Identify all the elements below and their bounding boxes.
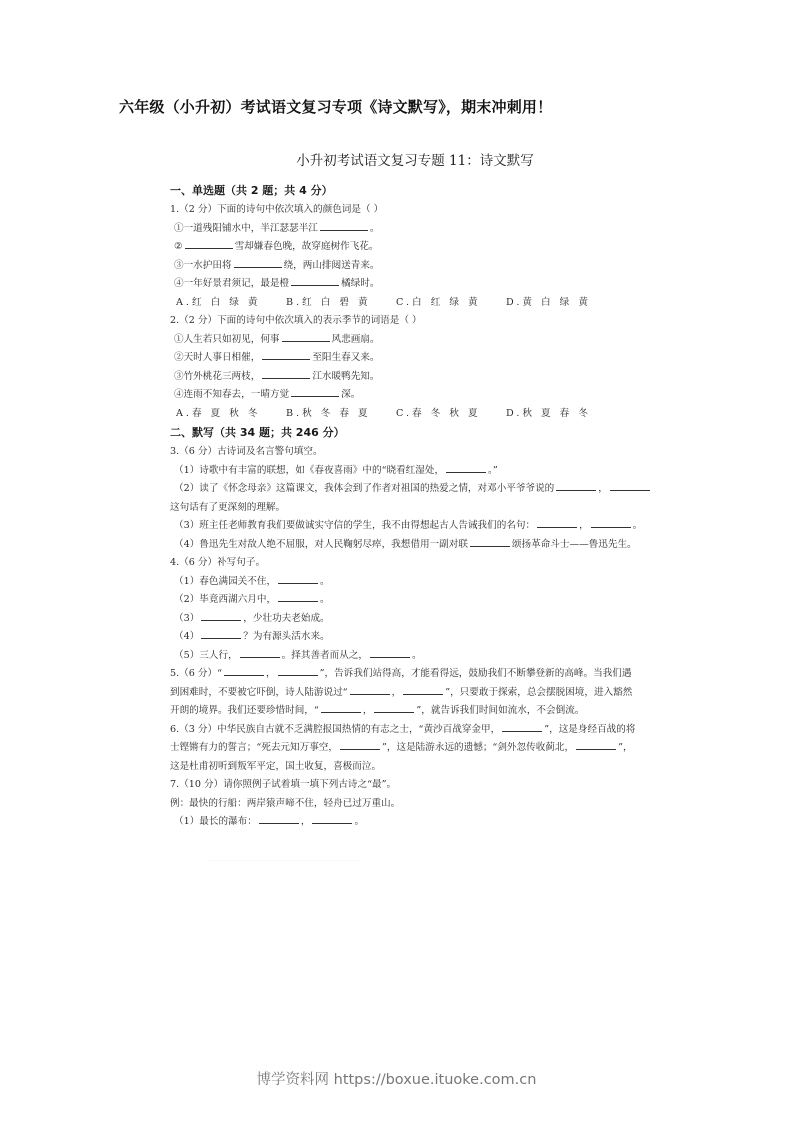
question-2-choices: A.春 夏 秋 冬 B.秋 冬 春 夏 C.春 冬 秋 夏 D.秋 夏 春 冬: [170, 405, 640, 424]
question-1-choices: A.红 白 绿 黄 B.红 白 碧 黄 C.白 红 绿 黄 D.黄 白 绿 黄: [170, 294, 640, 313]
line-text: （1）诗歌中有丰富的联想，如《春夜喜雨》中的“晓看红湿处，: [174, 465, 444, 476]
line-text: 。: [370, 223, 380, 234]
question-7-part-1: （1）最长的瀑布：，。: [170, 813, 640, 832]
choice-c[interactable]: C.白 红 绿 黄: [396, 294, 506, 313]
answer-blank[interactable]: [537, 517, 577, 528]
scanned-document: 小升初考试语文复习专题 11：诗文默写 一、单选题（共 2 题；共 4 分） 1…: [170, 150, 640, 861]
question-2-line-3: ③竹外桃花三两枝，江水暖鸭先知。: [170, 368, 640, 387]
question-3-part-4: （4）鲁迅先生对敌人绝不屈服，对人民鞠躬尽瘁，我想借用一副对联颂扬革命斗士——鲁…: [170, 536, 640, 555]
line-text: ③一水护田将: [174, 260, 232, 271]
question-4-part-3: （3），少壮功夫老始成。: [170, 610, 640, 629]
choice-a[interactable]: A.春 夏 秋 冬: [176, 405, 286, 424]
line-text: 。”: [488, 465, 498, 476]
answer-blank[interactable]: [321, 702, 361, 713]
answer-blank[interactable]: [610, 480, 650, 491]
line-text: ，少壮功夫老始成。: [243, 613, 329, 624]
page-heading: 六年级（小升初）考试语文复习专项《诗文默写》，期末冲刺用！: [119, 96, 552, 117]
line-text: ，: [579, 520, 589, 531]
answer-blank[interactable]: [201, 610, 241, 621]
line-text: 深。: [341, 389, 360, 400]
question-4-stem: 4.（6 分）补写句子。: [170, 554, 640, 573]
question-3-stem: 3.（6 分）古诗词及名言警句填空。: [170, 443, 640, 462]
question-1-line-2: ②雪却嫌春色晚，故穿庭树作飞花。: [170, 238, 640, 257]
section-heading-single-choice: 一、单选题（共 2 题；共 4 分）: [170, 181, 640, 201]
line-text: ，: [266, 668, 276, 679]
line-text: （5）三人行，: [174, 650, 238, 661]
watermark-footer: 博学资料网 https://boxue.ituoke.com.cn: [0, 1068, 793, 1089]
answer-blank[interactable]: [576, 739, 616, 750]
line-text: ②: [174, 241, 183, 252]
answer-blank[interactable]: [201, 628, 241, 639]
faded-scan-artifact: [210, 842, 360, 861]
question-6: 6.（3 分）中华民族自古就不乏满腔报国热情的有志之士，“黄沙百战穿金甲，”，这…: [170, 721, 640, 777]
line-text: ”，就告诉我们时间如流水，不会倒流。: [416, 705, 584, 716]
line-text: 。: [633, 520, 643, 531]
question-4-part-1: （1）春色满园关不住，。: [170, 573, 640, 592]
question-1-stem: 1.（2 分）下面的诗句中依次填入的颜色词是（ ）: [170, 201, 640, 220]
line-text: ①一道残阳铺水中，半江瑟瑟半江: [174, 223, 318, 234]
question-2-line-4: ④连雨不知春去，一晴方觉深。: [170, 386, 640, 405]
document-title: 小升初考试语文复习专题 11：诗文默写: [170, 150, 640, 172]
answer-blank[interactable]: [312, 813, 352, 824]
answer-blank[interactable]: [259, 813, 299, 824]
line-text: 6.（3 分）中华民族自古就不乏满腔报国热情的有志之士，“黄沙百战穿金甲，: [170, 724, 500, 735]
line-text: （4）鲁迅先生对敌人绝不屈服，对人民鞠躬尽瘁，我想借用一副对联: [174, 539, 468, 550]
answer-blank[interactable]: [278, 591, 318, 602]
answer-blank[interactable]: [278, 665, 318, 676]
line-text: （4）: [174, 631, 199, 642]
question-1-line-4: ④一年好景君须记，最是橙橘绿时。: [170, 275, 640, 294]
line-text: 雪却嫌春色晚，故穿庭树作飞花。: [235, 241, 379, 252]
line-text: ②天时人事日相催，: [174, 352, 260, 363]
answer-blank[interactable]: [446, 462, 486, 473]
question-4-part-2: （2）毕竟西湖六月中，。: [170, 591, 640, 610]
question-2-stem: 2.（2 分）下面的诗句中依次填入的表示季节的词语是（ ）: [170, 312, 640, 331]
line-text: （2）毕竟西湖六月中，: [174, 594, 276, 605]
line-text: （1）春色满园关不住，: [174, 576, 276, 587]
answer-blank[interactable]: [370, 647, 410, 658]
answer-blank[interactable]: [234, 257, 282, 268]
choice-b[interactable]: B.红 白 碧 黄: [286, 294, 396, 313]
line-text: ③竹外桃花三两枝，: [174, 371, 260, 382]
line-text: （2）读了《怀念母亲》这篇课文，我体会到了作者对祖国的热爱之情，对邓小平爷爷说的: [174, 483, 554, 494]
question-3-part-2: （2）读了《怀念母亲》这篇课文，我体会到了作者对祖国的热爱之情，对邓小平爷爷说的…: [170, 480, 640, 499]
answer-blank[interactable]: [340, 739, 380, 750]
question-7-stem: 7.（10 分）请你照例子试着填一填下列古诗之“最”。: [170, 776, 640, 795]
line-text: 颂扬革命斗士——鲁迅先生。: [512, 539, 637, 550]
line-text: ①人生若只如初见，何事: [174, 334, 280, 345]
line-text: （1）最长的瀑布：: [174, 816, 257, 827]
answer-blank[interactable]: [350, 684, 390, 695]
question-4-part-4: （4）？为有源头活水来。: [170, 628, 640, 647]
answer-blank[interactable]: [282, 331, 330, 342]
question-3-part-3: （3）班主任老师教育我们要做诚实守信的学生，我不由得想起古人告诫我们的名句：，。: [170, 517, 640, 536]
line-text: ”，这是陆游永远的遗憾；“剑外忽传收蓟北，: [382, 742, 574, 753]
line-text: ④一年好景君须记，最是橙: [174, 278, 289, 289]
answer-blank[interactable]: [556, 480, 596, 491]
question-4-part-5: （5）三人行，。择其善者而从之，。: [170, 647, 640, 666]
line-text: 风悲画扇。: [332, 334, 380, 345]
answer-blank[interactable]: [278, 573, 318, 584]
question-2-line-2: ②天时人事日相催，至阳生春又来。: [170, 349, 640, 368]
line-text: ，: [598, 483, 608, 494]
answer-blank[interactable]: [502, 721, 542, 732]
answer-blank[interactable]: [262, 349, 310, 360]
line-text: 至阳生春又来。: [312, 352, 379, 363]
line-text: 江水暖鸭先知。: [312, 371, 379, 382]
answer-blank[interactable]: [374, 702, 414, 713]
line-text: （3）班主任老师教育我们要做诚实守信的学生，我不由得想起古人告诫我们的名句：: [174, 520, 535, 531]
line-text: ④连雨不知春去，一晴方觉: [174, 389, 289, 400]
line-text: 。择其善者而从之，: [282, 650, 368, 661]
choice-d[interactable]: D.秋 夏 春 冬: [506, 405, 616, 424]
choice-d[interactable]: D.黄 白 绿 黄: [506, 294, 616, 313]
answer-blank[interactable]: [291, 275, 339, 286]
question-2-line-1: ①人生若只如初见，何事风悲画扇。: [170, 331, 640, 350]
section-heading-dictation: 二、默写（共 34 题；共 246 分）: [170, 423, 640, 443]
line-text: 。: [354, 816, 364, 827]
question-3-part-1: （1）诗歌中有丰富的联想，如《春夜喜雨》中的“晓看红湿处，。”: [170, 462, 640, 481]
answer-blank[interactable]: [403, 684, 443, 695]
question-1-line-3: ③一水护田将绕，两山排闼送青来。: [170, 257, 640, 276]
line-text: ？为有源头活水来。: [243, 631, 329, 642]
question-7-example: 例：最快的行船：两岸猿声啼不住，轻舟已过万重山。: [170, 795, 640, 814]
answer-blank[interactable]: [320, 220, 368, 231]
answer-blank[interactable]: [224, 665, 264, 676]
line-text: 绕，两山排闼送青来。: [284, 260, 380, 271]
line-text: ，: [363, 705, 373, 716]
answer-blank[interactable]: [591, 517, 631, 528]
line-text: ，: [301, 816, 311, 827]
line-text: ，: [392, 687, 402, 698]
choice-a[interactable]: A.红 白 绿 黄: [176, 294, 286, 313]
answer-blank[interactable]: [470, 536, 510, 547]
answer-blank[interactable]: [240, 647, 280, 658]
answer-blank[interactable]: [185, 238, 233, 249]
question-1-line-1: ①一道残阳铺水中，半江瑟瑟半江。: [170, 220, 640, 239]
line-text: 。: [412, 650, 422, 661]
line-text: 5.（6 分）“: [170, 668, 222, 679]
line-text: 。: [320, 594, 330, 605]
question-3-part-2-continued: 这句话有了更深刻的理解。: [170, 499, 640, 518]
line-text: 。: [320, 576, 330, 587]
answer-blank[interactable]: [262, 368, 310, 379]
choice-c[interactable]: C.春 冬 秋 夏: [396, 405, 506, 424]
question-5: 5.（6 分）“，”，告诉我们站得高，才能看得远，鼓励我们不断攀登新的高峰。当我…: [170, 665, 640, 721]
choice-b[interactable]: B.秋 冬 春 夏: [286, 405, 396, 424]
line-text: 橘绿时。: [341, 278, 379, 289]
answer-blank[interactable]: [291, 386, 339, 397]
line-text: （3）: [174, 613, 199, 624]
